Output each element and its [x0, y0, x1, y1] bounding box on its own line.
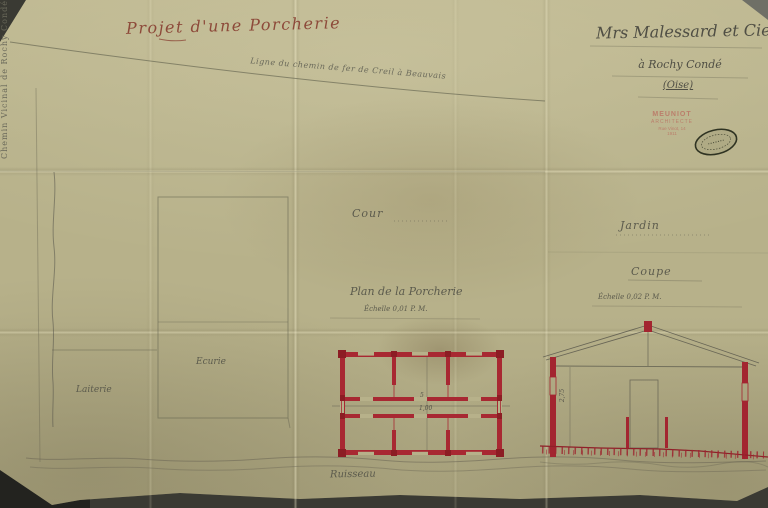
plan-wall-junctions [338, 350, 504, 457]
stamp-number: 1911 [638, 131, 706, 137]
section-post [626, 417, 629, 448]
plan-corridor-dimension: 1,00 [419, 405, 432, 412]
plan-title: Plan de la Porcherie [350, 285, 463, 298]
area-label-jardin: Jardin [620, 219, 660, 232]
plan-scale: Échelle 0,01 P. M. [364, 305, 427, 313]
plan-wall-openings [340, 352, 502, 455]
area-label-cour: Cour [352, 207, 383, 220]
client-locality: à Rochy Condé [620, 58, 740, 71]
railway-line [10, 42, 545, 101]
road-boundary-line [36, 88, 40, 462]
drawing-linework [0, 0, 768, 508]
road-label: Chemin Vicinal de Rochy Condé [0, 0, 9, 159]
section-post [665, 417, 668, 448]
plan-opening-sills [342, 356, 501, 452]
plan-outer-walls [340, 352, 502, 455]
coupe-title: Coupe [631, 265, 672, 278]
section-door [630, 380, 658, 448]
stream-label: Ruisseau [330, 469, 376, 481]
area-label-ecurie: Ecurie [196, 357, 226, 367]
road-boundary-wavy-line [52, 172, 55, 427]
coupe-scale: Échelle 0,02 P. M. [598, 293, 661, 301]
scanned-architectural-drawing: Projet d'une Porcherie Ligne du chemin d… [0, 0, 768, 508]
section-height-dimension: 2,75 [559, 389, 566, 402]
ground-hatching [542, 450, 764, 457]
plan-width-dimension: 5 [420, 392, 424, 399]
architect-stamp: MEUNIOT ARCHITECTE Rue Vinot, 14 1911 [638, 110, 706, 137]
coupe-section [540, 321, 768, 467]
title-block-rules [590, 46, 762, 99]
tie-beam [556, 366, 742, 367]
plan-partitions [392, 357, 450, 450]
client-departement: (Oise) [648, 80, 708, 91]
title-underline [159, 39, 186, 41]
porcherie-floor-plan [332, 350, 510, 457]
ecurie-outline [158, 197, 290, 428]
ridge-block [644, 321, 652, 332]
section-walls [550, 357, 748, 459]
client-name: Mrs Malessard et Cie [596, 21, 766, 43]
area-label-laiterie: Laiterie [76, 385, 112, 395]
stamp-architect-name: MEUNIOT [638, 110, 706, 119]
